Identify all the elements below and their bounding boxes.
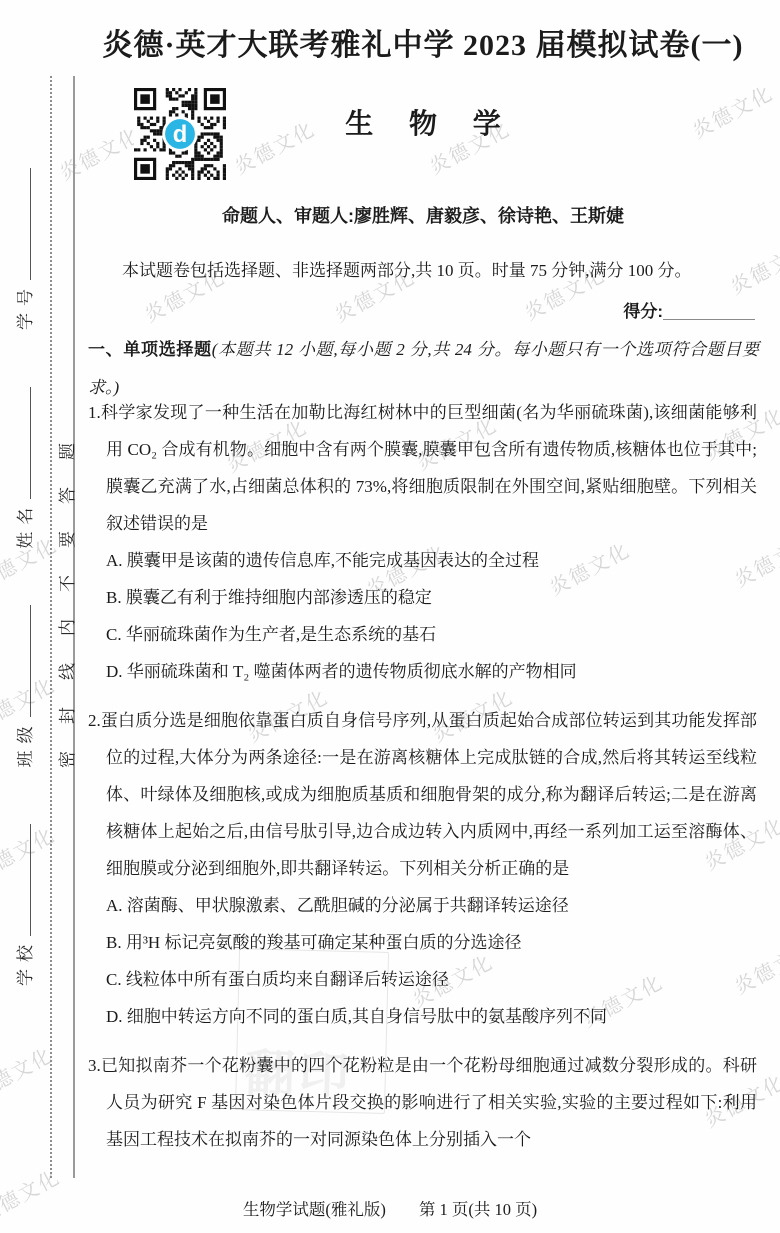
exam-page: 炎德文化炎德文化炎德文化炎德文化炎德文化炎德文化炎德文化炎德文化炎德文化炎德文化… xyxy=(0,0,780,1233)
question-1: 1.科学家发现了一种生活在加勒比海红树林中的巨型细菌(名为华丽硫珠菌),该细菌能… xyxy=(88,394,757,690)
answer-option: D. 华丽硫珠菌和 T₂ 噬菌体两者的遗传物质彻底水解的产物相同 xyxy=(88,653,757,690)
score-row: 得分: xyxy=(88,297,755,322)
section-heading-bold: 一、单项选择题 xyxy=(88,340,212,359)
exam-title: 炎德·英才大联考雅礼中学 2023 届模拟试卷(一) xyxy=(88,20,758,64)
question-number: 3. xyxy=(88,1056,101,1075)
seal-field: 姓名 xyxy=(11,387,36,549)
question-stem: 3.已知拟南芥一个花粉囊中的四个花粉粒是由一个花粉母细胞通过减数分裂形成的。科研… xyxy=(88,1047,757,1158)
answer-option: C. 线粒体中所有蛋白质均来自翻译后转运途径 xyxy=(88,961,757,998)
seal-blank-line xyxy=(13,168,31,280)
question-stem: 1.科学家发现了一种生活在加勒比海红树林中的巨型细菌(名为华丽硫珠菌),该细菌能… xyxy=(88,394,757,542)
seal-field-label: 学校 xyxy=(16,938,35,986)
seal-dotted-line xyxy=(50,76,52,1178)
seal-blank-line xyxy=(13,605,31,717)
score-blank-line xyxy=(663,301,755,320)
page-footer: 生物学试题(雅礼版) 第 1 页(共 10 页) xyxy=(0,1196,780,1220)
watermark: 炎德文化 xyxy=(0,1039,58,1106)
seal-field-label: 班级 xyxy=(16,719,35,767)
questions: 1.科学家发现了一种生活在加勒比海红树林中的巨型细菌(名为华丽硫珠菌),该细菌能… xyxy=(88,394,757,1170)
answer-option: B. 用³H 标记亮氨酸的羧基可确定某种蛋白质的分选途径 xyxy=(88,924,757,961)
seal-field: 学号 xyxy=(11,168,36,330)
answer-option: B. 膜囊乙有利于维持细胞内部渗透压的稳定 xyxy=(88,579,757,616)
question-stem: 2.蛋白质分选是细胞依靠蛋白质自身信号序列,从蛋白质起始合成部位转运到其功能发挥… xyxy=(88,702,757,887)
authors-line: 命题人、审题人:廖胜辉、唐毅彦、徐诗艳、王斯婕 xyxy=(88,202,758,228)
answer-option: C. 华丽硫珠菌作为生产者,是生态系统的基石 xyxy=(88,616,757,653)
seal-fields: 学校班级姓名学号 xyxy=(12,168,36,986)
question-2: 2.蛋白质分选是细胞依靠蛋白质自身信号序列,从蛋白质起始合成部位转运到其功能发挥… xyxy=(88,702,757,1035)
subject-title: 生 物 学 xyxy=(88,102,758,142)
seal-field: 学校 xyxy=(11,824,36,986)
question-3: 3.已知拟南芥一个花粉囊中的四个花粉粒是由一个花粉母细胞通过减数分裂形成的。科研… xyxy=(88,1047,757,1158)
seal-warning-text: 密封线内不要答题 xyxy=(53,396,77,768)
exam-instructions: 本试题卷包括选择题、非选择题两部分,共 10 页。时量 75 分钟,满分 100… xyxy=(88,252,757,289)
seal-field: 班级 xyxy=(11,605,36,767)
seal-blank-line xyxy=(13,824,31,936)
answer-option: A. 膜囊甲是该菌的遗传信息库,不能完成基因表达的全过程 xyxy=(88,542,757,579)
answer-option: D. 细胞中转运方向不同的蛋白质,其自身信号肽中的氨基酸序列不同 xyxy=(88,998,757,1035)
seal-field-label: 姓名 xyxy=(16,501,35,549)
seal-blank-line xyxy=(13,387,31,499)
seal-field-label: 学号 xyxy=(16,282,35,330)
answer-option: A. 溶菌酶、甲状腺激素、乙酰胆碱的分泌属于共翻译转运途径 xyxy=(88,887,757,924)
question-number: 1. xyxy=(88,403,101,422)
score-label: 得分: xyxy=(623,302,663,321)
question-number: 2. xyxy=(88,711,101,730)
